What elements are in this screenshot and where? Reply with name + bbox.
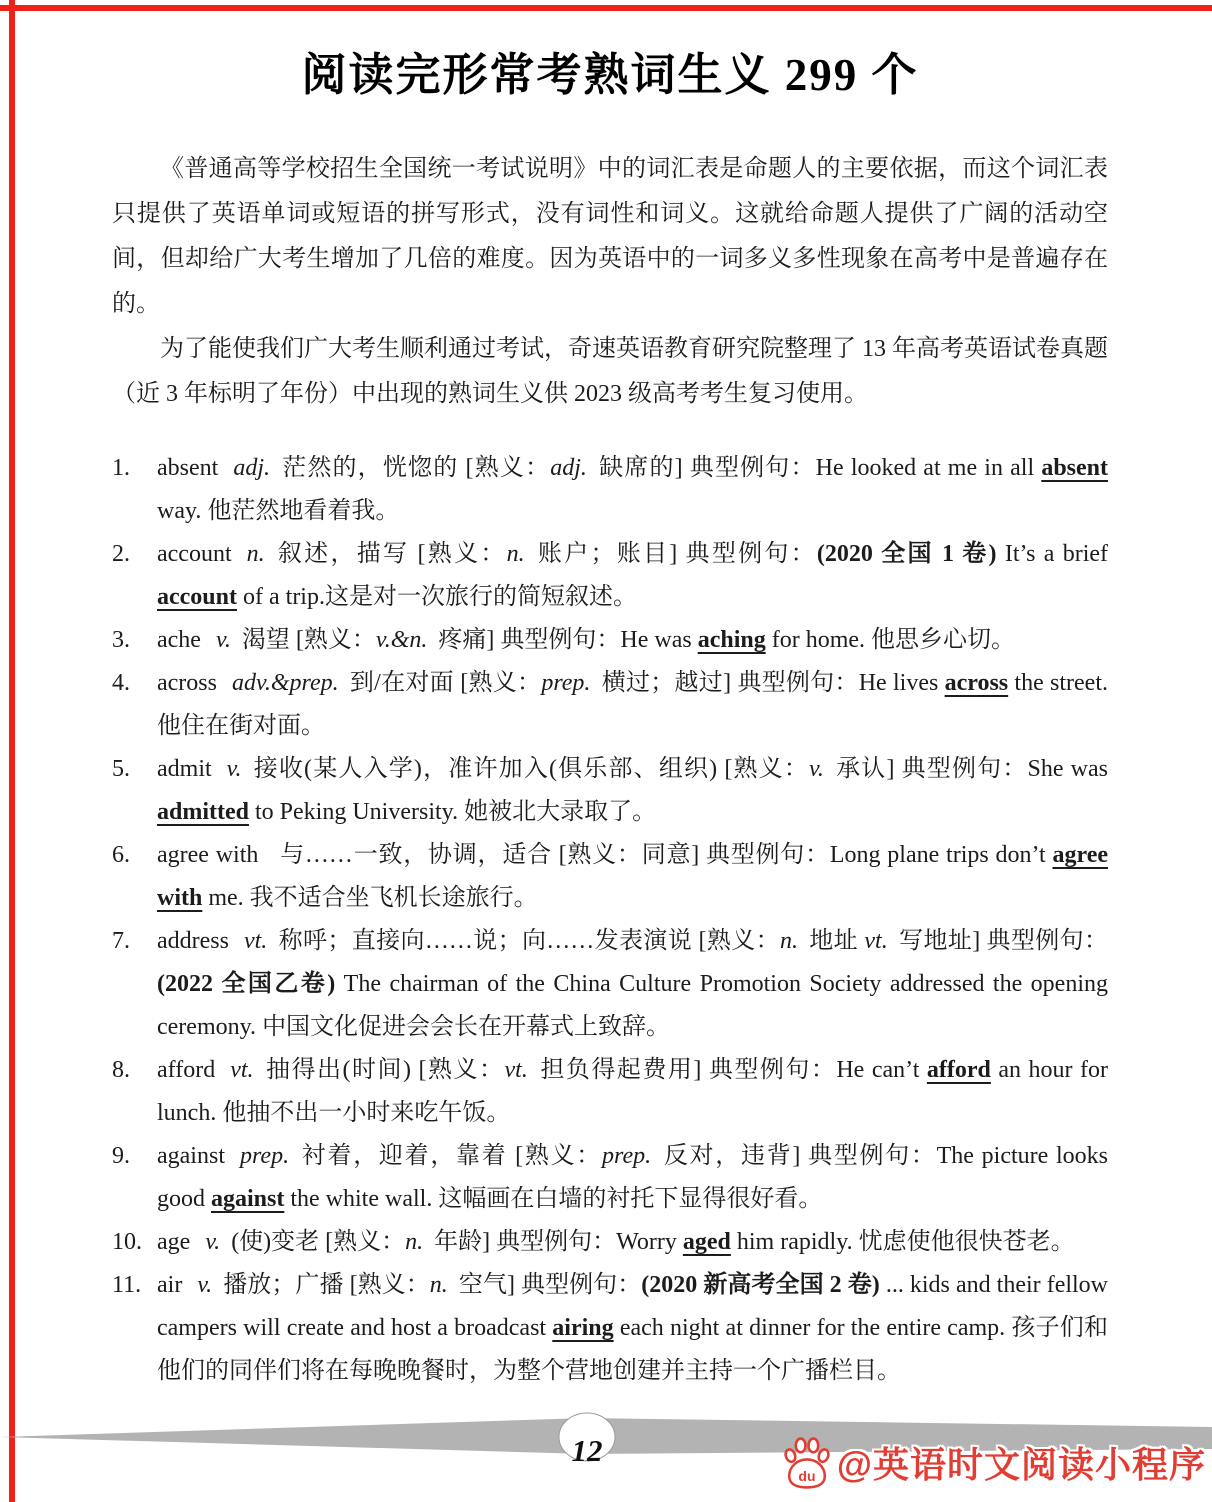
entry-text: againstprep. 衬着，迎着，靠着 [熟义：prep. 反对，违背] 典… (157, 1143, 1108, 1212)
intro-paragraph-2: 为了能使我们广大考生顺利通过考试，奇速英语教育研究院整理了 13 年高考英语试卷… (112, 327, 1108, 417)
page-border-top (0, 5, 1212, 11)
list-item: 5.admitv. 接收(某人入学)，准许加入(俱乐部、组织) [熟义：v. 承… (112, 748, 1108, 834)
entry-number: 10. (112, 1221, 142, 1264)
baidu-paw-label: du (798, 1468, 815, 1484)
list-item: 1.absentadj. 茫然的，恍惚的 [熟义：adj. 缺席的] 典型例句：… (112, 447, 1108, 533)
entry-number: 5. (112, 748, 130, 791)
list-item: 9.againstprep. 衬着，迎着，靠着 [熟义：prep. 反对，违背]… (112, 1135, 1108, 1221)
list-item: 6.agree with 与……一致，协调，适合 [熟义：同意] 典型例句：Lo… (112, 834, 1108, 920)
watermark-text: @英语时文阅读小程序 (837, 1437, 1206, 1488)
entry-number: 3. (112, 619, 130, 662)
intro-paragraph-1: 《普通高等学校招生全国统一考试说明》中的词汇表是命题人的主要依据，而这个词汇表只… (112, 147, 1108, 327)
entry-number: 4. (112, 662, 130, 705)
entry-text: absentadj. 茫然的，恍惚的 [熟义：adj. 缺席的] 典型例句：He… (157, 455, 1108, 524)
entry-text: addressvt. 称呼；直接向……说；向……发表演说 [熟义：n. 地址 v… (157, 928, 1108, 1040)
entry-number: 2. (112, 533, 130, 576)
baidu-paw-icon: du (781, 1434, 833, 1490)
entry-text: agev. (使)变老 [熟义：n. 年龄] 典型例句：Worry aged h… (157, 1229, 1075, 1255)
entry-number: 7. (112, 920, 130, 963)
page-border-left (9, 0, 15, 1502)
entry-number: 11. (112, 1264, 141, 1307)
list-item: 8.affordvt. 抽得出(时间) [熟义：vt. 担负得起费用] 典型例句… (112, 1049, 1108, 1135)
list-item: 11.airv. 播放；广播 [熟义：n. 空气] 典型例句：(2020 新高考… (112, 1264, 1108, 1393)
list-item: 3.achev. 渴望 [熟义：v.&n. 疼痛] 典型例句：He was ac… (112, 619, 1108, 662)
list-item: 4.acrossadv.&prep. 到/在对面 [熟义：prep. 横过；越过… (112, 662, 1108, 748)
entry-text: airv. 播放；广播 [熟义：n. 空气] 典型例句：(2020 新高考全国 … (157, 1272, 1108, 1384)
page-number: 12 (560, 1433, 614, 1469)
entry-text: accountn. 叙述，描写 [熟义：n. 账户；账目] 典型例句：(2020… (157, 541, 1108, 610)
entry-number: 8. (112, 1049, 130, 1092)
entry-text: achev. 渴望 [熟义：v.&n. 疼痛] 典型例句：He was achi… (157, 627, 1015, 653)
entry-text: acrossadv.&prep. 到/在对面 [熟义：prep. 横过；越过] … (157, 670, 1108, 739)
entry-text: agree with 与……一致，协调，适合 [熟义：同意] 典型例句：Long… (157, 842, 1108, 911)
entry-number: 6. (112, 834, 130, 877)
entry-number: 1. (112, 447, 130, 490)
document-body: 阅读完形常考熟词生义 299 个 《普通高等学校招生全国统一考试说明》中的词汇表… (112, 38, 1108, 1393)
list-item: 7.addressvt. 称呼；直接向……说；向……发表演说 [熟义：n. 地址… (112, 920, 1108, 1049)
entry-text: affordvt. 抽得出(时间) [熟义：vt. 担负得起费用] 典型例句：H… (157, 1057, 1108, 1126)
watermark: du @英语时文阅读小程序 (781, 1434, 1206, 1490)
page-title: 阅读完形常考熟词生义 299 个 (112, 38, 1108, 103)
list-item: 2.accountn. 叙述，描写 [熟义：n. 账户；账目] 典型例句：(20… (112, 533, 1108, 619)
list-item: 10.agev. (使)变老 [熟义：n. 年龄] 典型例句：Worry age… (112, 1221, 1108, 1264)
intro-section: 《普通高等学校招生全国统一考试说明》中的词汇表是命题人的主要依据，而这个词汇表只… (112, 147, 1108, 417)
entry-list: 1.absentadj. 茫然的，恍惚的 [熟义：adj. 缺席的] 典型例句：… (112, 447, 1108, 1393)
entry-number: 9. (112, 1135, 130, 1178)
entry-text: admitv. 接收(某人入学)，准许加入(俱乐部、组织) [熟义：v. 承认]… (157, 756, 1108, 825)
